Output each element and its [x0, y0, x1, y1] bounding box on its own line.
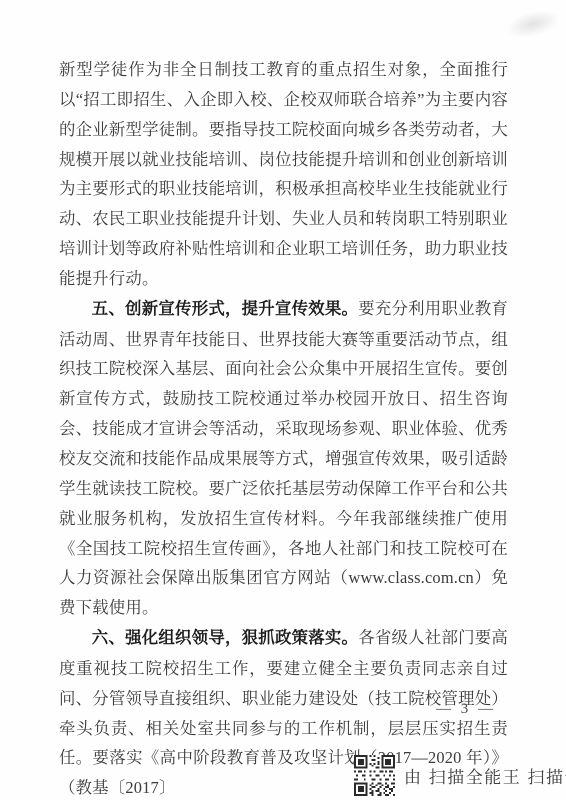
section-heading: 六、强化组织领导，狠抓政策落实。	[92, 629, 358, 647]
watermark-text: 由 扫描全能王 扫描创建	[404, 763, 566, 788]
scanned-document-page: 新型学徒作为非全日制技工教育的重点招生对象，全面推行以“招工即招生、入企即入校、…	[0, 0, 566, 800]
paragraph-text: 要充分利用职业教育活动周、世界青年技能日、世界技能大赛等重要活动节点，组织技工院…	[59, 299, 508, 617]
section-heading: 五、创新宣传形式，提升宣传效果。	[92, 300, 358, 318]
scan-smudge-artifact	[504, 6, 562, 42]
page-number: — 3 —	[436, 701, 496, 718]
paragraph-text: 新型学徒作为非全日制技工教育的重点招生对象，全面推行以“招工即招生、入企即入校、…	[59, 60, 508, 288]
paragraph-continuation: 新型学徒作为非全日制技工教育的重点招生对象，全面推行以“招工即招生、入企即入校、…	[59, 55, 508, 294]
document-body: 新型学徒作为非全日制技工教育的重点招生对象，全面推行以“招工即招生、入企即入校、…	[59, 55, 508, 800]
qr-code-icon	[354, 755, 395, 796]
paragraph-section-5: 五、创新宣传形式，提升宣传效果。要充分利用职业教育活动周、世界青年技能日、世界技…	[59, 294, 508, 623]
scanner-watermark: 由 扫描全能王 扫描创建	[354, 755, 566, 796]
